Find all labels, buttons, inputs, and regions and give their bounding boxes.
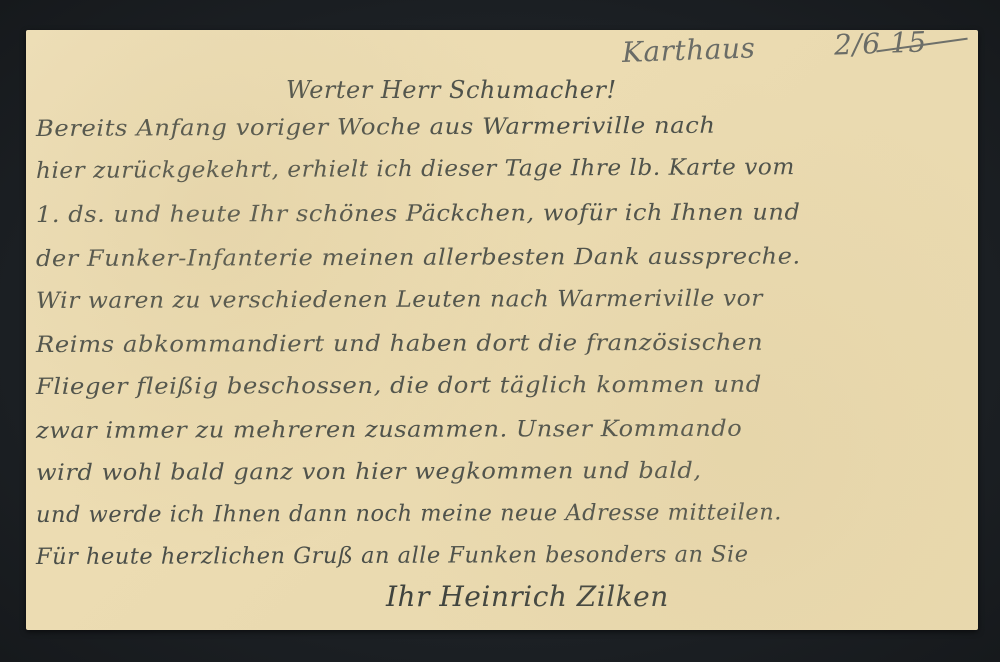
body-line: wird wohl bald ganz von hier wegkommen u… xyxy=(36,458,702,486)
body-line: Wir waren zu verschiedenen Leuten nach W… xyxy=(36,286,763,314)
place-text: Karthaus xyxy=(621,31,755,69)
body-line: und werde ich Ihnen dann noch meine neue… xyxy=(36,499,782,528)
body-line: Flieger fleißig beschossen, die dort täg… xyxy=(36,372,762,400)
postcard: Karthaus 2/6 15 Werter Herr Schumacher! … xyxy=(26,30,978,630)
date-text: 2/6 15 xyxy=(833,25,927,61)
body-line: zwar immer zu mehreren zusammen. Unser K… xyxy=(36,416,742,444)
body-line: Reims abkommandiert und haben dort die f… xyxy=(36,330,763,358)
body-line: Bereits Anfang voriger Woche aus Warmeri… xyxy=(36,113,716,142)
signature: Ihr Heinrich Zilken xyxy=(386,580,669,613)
body-line: hier zurückgekehrt, erhielt ich dieser T… xyxy=(36,154,795,184)
body-line: Für heute herzlichen Gruß an alle Funken… xyxy=(36,542,749,570)
place-date-header: Karthaus 2/6 15 xyxy=(621,25,927,69)
salutation: Werter Herr Schumacher! xyxy=(286,76,617,104)
body-line: 1. ds. und heute Ihr schönes Päckchen, w… xyxy=(36,200,800,228)
body-line: der Funker-Infanterie meinen allerbesten… xyxy=(36,244,801,272)
